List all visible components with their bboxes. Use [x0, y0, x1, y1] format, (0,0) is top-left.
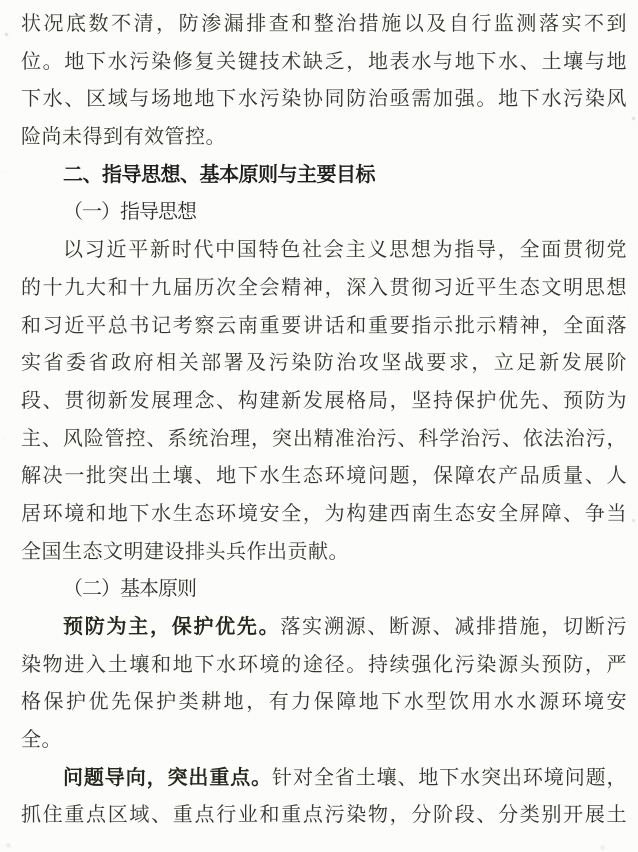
text-line: 抓住重点区域、重点行业和重点污染物，分阶段、分类别开展土 — [21, 797, 627, 835]
subsection-heading-1: （一）指导思想 — [21, 194, 627, 232]
text-line: 险尚未得到有效管控。 — [21, 119, 627, 157]
text-line: 位。地下水污染修复关键技术缺乏，地表水与地下水、土壤与地 — [21, 44, 627, 82]
text-line: 状况底数不清，防渗漏排查和整治措施以及自行监测落实不到 — [21, 6, 627, 44]
text-line: 实省委省政府相关部署及污染防治攻坚战要求，立足新发展阶 — [21, 345, 627, 383]
text-line: 段、贯彻新发展理念、构建新发展格局，坚持保护优先、预防为 — [21, 383, 627, 421]
document-page: 状况底数不清，防渗漏排查和整治措施以及自行监测落实不到 位。地下水污染修复关键技… — [0, 0, 638, 852]
text-line: 问题导向，突出重点。针对全省土壤、地下水突出环境问题， — [21, 760, 627, 798]
text-line: 下水、区域与场地地下水污染协同防治亟需加强。地下水污染风 — [21, 81, 627, 119]
text-line: 的十九大和十九届历次全会精神，深入贯彻习近平生态文明思想 — [21, 270, 627, 308]
document-body: 状况底数不清，防渗漏排查和整治措施以及自行监测落实不到 位。地下水污染修复关键技… — [21, 6, 627, 835]
subsection-heading-2: （二）基本原则 — [21, 571, 627, 609]
principle-body-text: 针对全省土壤、地下水突出环境问题， — [272, 767, 627, 789]
text-line: 和习近平总书记考察云南重要讲话和重要指示批示精神，全面落 — [21, 308, 627, 346]
text-line: 解决一批突出土壤、地下水生态环境问题，保障农产品质量、人 — [21, 458, 627, 496]
text-line: 以习近平新时代中国特色社会主义思想为指导，全面贯彻党 — [21, 232, 627, 270]
text-line: 格保护优先保护类耕地，有力保障地下水型饮用水水源环境安 — [21, 684, 627, 722]
scan-noise-speckles — [0, 0, 1, 1]
principle-body-text: 落实溯源、断源、减排措施，切断污 — [280, 616, 627, 638]
text-line: 主、风险管控、系统治理，突出精准治污、科学治污、依法治污， — [21, 421, 627, 459]
principle-lead-text: 问题导向，突出重点。 — [63, 767, 272, 789]
text-line: 居环境和地下水生态环境安全，为构建西南生态安全屏障、争当 — [21, 496, 627, 534]
text-line: 预防为主，保护优先。落实溯源、断源、减排措施，切断污 — [21, 609, 627, 647]
section-heading: 二、指导思想、基本原则与主要目标 — [21, 157, 627, 195]
principle-lead-text: 预防为主，保护优先。 — [63, 616, 280, 638]
text-line: 全。 — [21, 722, 627, 760]
text-line: 全国生态文明建设排头兵作出贡献。 — [21, 534, 627, 572]
text-line: 染物进入土壤和地下水环境的途径。持续强化污染源头预防，严 — [21, 647, 627, 685]
